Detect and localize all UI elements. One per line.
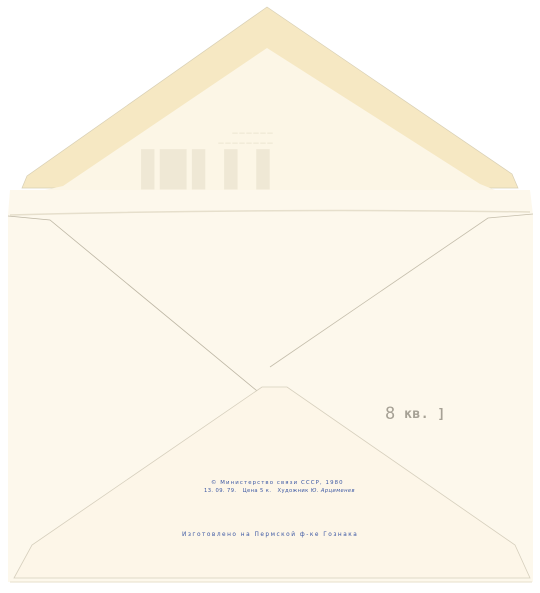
- ghost-print-line1: ——————: [232, 130, 274, 137]
- stamp-mark-suffix: ]: [437, 407, 445, 422]
- imprint-artist-label: Художник: [278, 488, 309, 494]
- imprint-date: 13. 09. 79.: [204, 488, 236, 494]
- stamp-mark-text: кв.: [404, 407, 429, 422]
- stamp-mark-digit: 8: [385, 404, 396, 424]
- imprint-price: Цена 5 к.: [243, 488, 272, 494]
- ghost-print-line2: ————————: [218, 140, 274, 147]
- ghost-print-big: ▐█▌▌▌: [128, 150, 289, 190]
- imprint-copyright: © Министерство связи СССР, 1980: [211, 480, 344, 486]
- envelope: [0, 0, 540, 593]
- imprint-artist-name: Ю. Арцименев: [311, 488, 355, 494]
- imprint-details: 13. 09. 79. Цена 5 к. Художник Ю. Арциме…: [204, 488, 355, 494]
- imprint-maker: Изготовлено на Пермской ф-ке Гознака: [182, 532, 358, 538]
- handwritten-stamp-mark: 8 кв. ]: [385, 404, 446, 424]
